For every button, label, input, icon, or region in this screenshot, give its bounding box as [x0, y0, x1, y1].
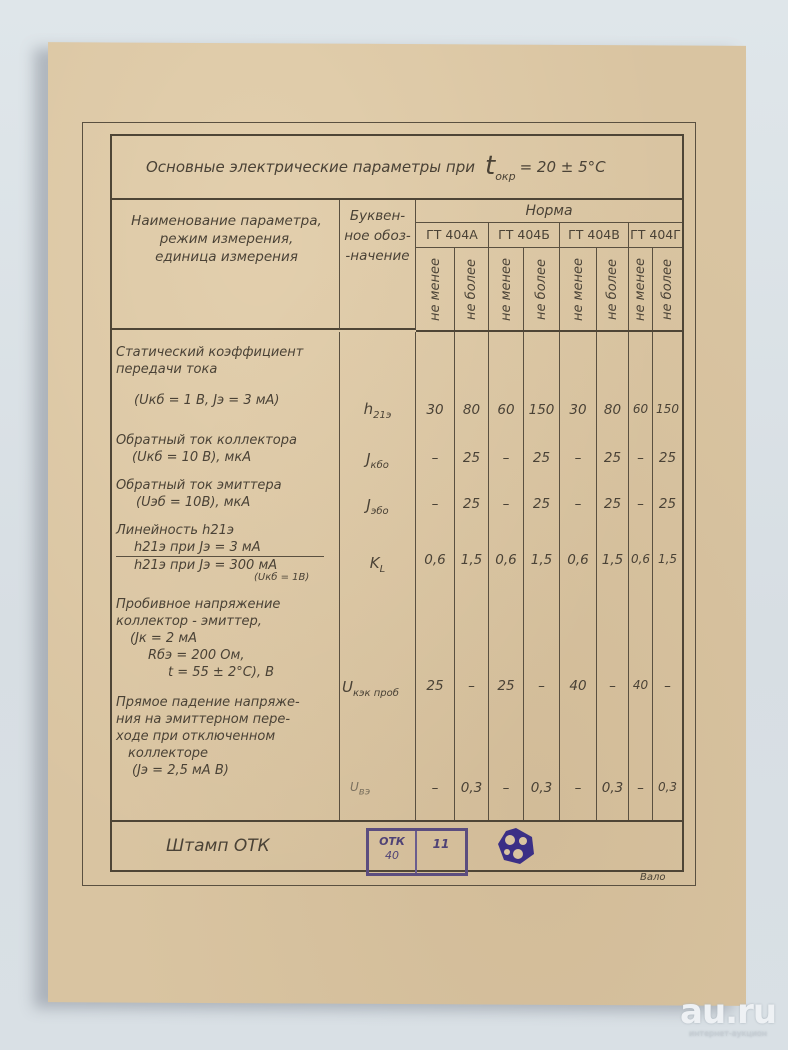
value-column-404g-min: 60 – – 0,6 40 – — [629, 332, 653, 820]
value-column-404a-min: 30 – – 0,6 25 – — [416, 332, 455, 820]
max-label: не более — [660, 259, 675, 320]
max-label: не более — [464, 259, 479, 320]
transistor-types: ГТ 404А ГТ 404Б ГТ 404В ГТ 404Г — [416, 223, 682, 248]
max-label: не более — [605, 259, 620, 320]
watermark: au.ru интернет-аукцион — [680, 995, 776, 1038]
stamp-text: ОТК — [369, 835, 415, 849]
stamp-row: Штамп ОТК ОТК 40 11 — [112, 820, 682, 870]
norma-title: Норма — [416, 200, 682, 223]
table-row-param: Статический коэффициент передачи тока (U… — [112, 344, 339, 409]
max-label: не более — [534, 259, 549, 320]
header-norma: Норма ГТ 404А ГТ 404Б ГТ 404В ГТ 404Г не… — [416, 200, 682, 332]
type-gt404g: ГТ 404Г — [629, 223, 682, 247]
table-row-param: Обратный ток коллектора (Uкб = 10 В), мк… — [112, 432, 339, 466]
symbol-h21e: h21э — [340, 400, 415, 421]
table-row-param: Пробивное напряжение коллектор - эмиттер… — [112, 596, 339, 681]
type-gt404v: ГТ 404В — [560, 223, 629, 247]
symbol-kl: KL — [340, 554, 415, 575]
value-column-404v-max: 80 25 25 1,5 – 0,3 — [597, 332, 629, 820]
value-column-404b-min: 60 – – 0,6 25 – — [489, 332, 524, 820]
type-gt404a: ГТ 404А — [416, 223, 489, 247]
otk-stamp: ОТК 40 11 — [366, 828, 468, 876]
stamp-number: 40 — [369, 849, 415, 863]
watermark-brand: au.ru — [680, 995, 776, 1029]
title-symbol: tокр — [485, 151, 516, 183]
min-label: не менее — [633, 258, 648, 321]
symbol-ube: Uвэ — [340, 780, 415, 797]
type-gt404b: ГТ 404Б — [489, 223, 560, 247]
value-column-404a-max: 80 25 25 1,5 – 0,3 — [455, 332, 489, 820]
min-label: не менее — [499, 258, 514, 321]
parameters-table: Основные электрические параметры при tок… — [110, 134, 684, 872]
watermark-tagline: интернет-аукцион — [680, 1029, 776, 1038]
table-title: Основные электрические параметры при tок… — [112, 136, 682, 200]
title-prefix: Основные электрические параметры при — [146, 158, 475, 176]
param-column: Статический коэффициент передачи тока (U… — [112, 332, 340, 820]
symbol-jkbo: Jкбо — [340, 450, 415, 471]
header-param-name: Наименование параметра, режим измерения,… — [112, 200, 340, 330]
table-row-param: Обратный ток эмиттера (Uэб = 10В), мкА — [112, 477, 339, 511]
symbol-ukek: Uкэк проб — [340, 678, 415, 699]
table-row-param: Прямое падение напряже- ния на эмиттерно… — [112, 694, 339, 779]
table-header: Наименование параметра, режим измерения,… — [112, 200, 682, 332]
symbol-column: h21э Jкбо Jэбо KL Uкэк проб Uвэ — [340, 332, 416, 820]
seal-icon — [496, 826, 536, 866]
value-column-404v-min: 30 – – 0,6 40 – — [560, 332, 597, 820]
min-label: не менее — [571, 258, 586, 321]
min-max-labels: не менее не более не менее не более не м… — [416, 248, 682, 330]
title-value: = 20 ± 5°C — [520, 158, 606, 176]
table-row-param: Линейность h21э h21э при Jэ = 3 мА h21э … — [112, 522, 339, 582]
symbol-jebo: Jэбо — [340, 496, 415, 517]
value-column-404b-max: 150 25 25 1,5 – 0,3 — [524, 332, 560, 820]
table-body: Статический коэффициент передачи тока (U… — [112, 332, 682, 820]
value-column-404g-max: 150 25 25 1,5 – 0,3 — [653, 332, 682, 820]
stamp-right-number: 11 — [417, 831, 465, 873]
stamp-label: Штамп ОТК — [166, 836, 270, 856]
header-symbol: Буквен- ное обоз- -начение — [340, 200, 416, 330]
signature: Вало — [640, 872, 666, 883]
min-label: не менее — [428, 258, 443, 321]
